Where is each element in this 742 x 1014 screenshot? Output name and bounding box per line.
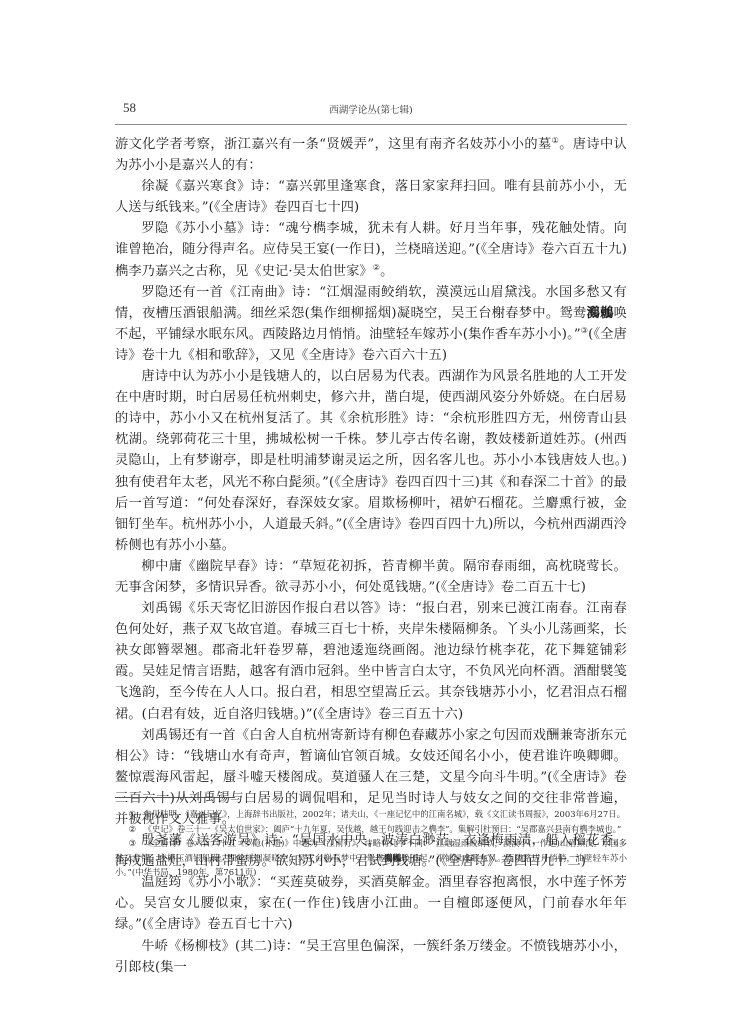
paragraph-text: 游文化学者考察，浙江嘉兴有一条“贤媛弄”，这里有南齐名妓苏小小的墓: [115, 137, 552, 152]
header-rule: [115, 124, 627, 125]
footnote-ref-2[interactable]: ②: [373, 263, 380, 272]
footnotes: ①参见陆明，《嘉兴记忆》，上海辞书出版社，2002年；诸夫山，《一座记忆中的江南…: [115, 807, 627, 880]
paragraph: 罗隐还有一首《江南曲》诗：“江烟湿雨鲛绡软，漠漠远山眉黛浅。水国多愁又有情，夜槽…: [115, 282, 627, 366]
paragraph-text: 。: [380, 264, 393, 279]
paragraph-text: 柳中庸《幽院早春》诗：“草短花初拆，苔青柳半黄。隔帘春雨细，高枕晓莺长。无事含闲…: [115, 559, 627, 595]
paragraph-text: 牛峤《杨柳枝》(其二)诗：“吴王宫里色偏深，一簇纤条万缕金。不愤钱塘苏小小，引郎…: [115, 939, 627, 975]
paragraph: 刘禹锡《乐天寄忆旧游因作报白君以答》诗：“报白君，别来已渡江南春。江南春色何处好…: [115, 598, 627, 725]
paragraph-text: 徐凝《嘉兴寒食》诗：“嘉兴郭里逢寒食，落日家家拜扫回。唯有县前苏小小，无人送与纸…: [115, 179, 627, 215]
paragraph: 柳中庸《幽院早春》诗：“草短花初拆，苔青柳半黄。隔帘春雨细，高枕晓莺长。无事含闲…: [115, 556, 627, 598]
paragraph-text: 唐诗中认为苏小小是钱塘人的，以白居易为代表。西湖作为风景名胜地的人工开发在中唐时…: [115, 369, 627, 553]
footnote-3: ③《全唐诗》卷六百六十五《罗隐(补遗)》中题为《江南行》，诗略有几字不同：“江烟…: [115, 836, 627, 880]
paragraph-text: 刘禹锡《乐天寄忆旧游因作报白君以答》诗：“报白君，别来已渡江南春。江南春色何处好…: [115, 601, 627, 721]
paragraph: 温庭筠《苏小小歌》：“买莲莫破券，买酒莫解金。酒里春容抱离恨，水中莲子怀芳心。吴…: [115, 872, 627, 935]
paragraph-text: 罗隐还有一首《江南曲》诗：“江烟湿雨鲛绡软，漠漠远山眉黛浅。水国多愁又有情，夜槽…: [115, 285, 627, 321]
paragraph-text: 温庭筠《苏小小歌》：“买莲莫破券，买酒莫解金。酒里春容抱离恨，水中莲子怀芳心。吴…: [115, 875, 627, 932]
journal-title: 西湖学论丛(第七辑): [115, 102, 627, 116]
bold-characters: 鸂鶒: [587, 306, 614, 321]
footnote-mark: ③: [128, 838, 136, 848]
running-head: 58 西湖学论丛(第七辑): [115, 100, 627, 118]
footnote-text: 参见陆明，《嘉兴记忆》，上海辞书出版社，2002年；诸夫山，《一座记忆中的江南名…: [144, 809, 626, 819]
footnote-mark: ①: [128, 809, 136, 819]
paragraph: 牛峤《杨柳枝》(其二)诗：“吴王宫里色偏深，一簇纤条万缕金。不愤钱塘苏小小，引郎…: [115, 936, 627, 978]
footnote-mark: ②: [128, 824, 136, 834]
paragraph: 罗隐《苏小小墓》诗：“魂兮檇李城，犹未有人耕。好月当年事，残花触处情。向谁曾艳冶…: [115, 218, 627, 281]
paragraph: 游文化学者考察，浙江嘉兴有一条“贤媛弄”，这里有南齐名妓苏小小的墓①。唐诗中认为…: [115, 134, 627, 176]
paragraph: 唐诗中认为苏小小是钱塘人的，以白居易为代表。西湖作为风景名胜地的人工开发在中唐时…: [115, 366, 627, 556]
bold-characters: 鸂鶒: [384, 853, 401, 863]
footnote-2: ②《史记》卷三十一《吴太伯世家》：阖庐“十九年夏，吴伐越，越王句践迎击之檇李”。…: [115, 822, 627, 837]
paragraph: 徐凝《嘉兴寒食》诗：“嘉兴郭里逢寒食，落日家家拜扫回。唯有县前苏小小，无人送与纸…: [115, 176, 627, 218]
footnote-rule: [115, 797, 235, 798]
footnote-text: 《史记》卷三十一《吴太伯世家》：阖庐“十九年夏，吴伐越，越王句践迎击之檇李”。集…: [144, 824, 622, 834]
footnote-1: ①参见陆明，《嘉兴记忆》，上海辞书出版社，2002年；诸夫山，《一座记忆中的江南…: [115, 807, 627, 822]
paragraph-text: 罗隐《苏小小墓》诗：“魂兮檇李城，犹未有人耕。好月当年事，残花触处情。向谁曾艳冶…: [115, 221, 627, 278]
